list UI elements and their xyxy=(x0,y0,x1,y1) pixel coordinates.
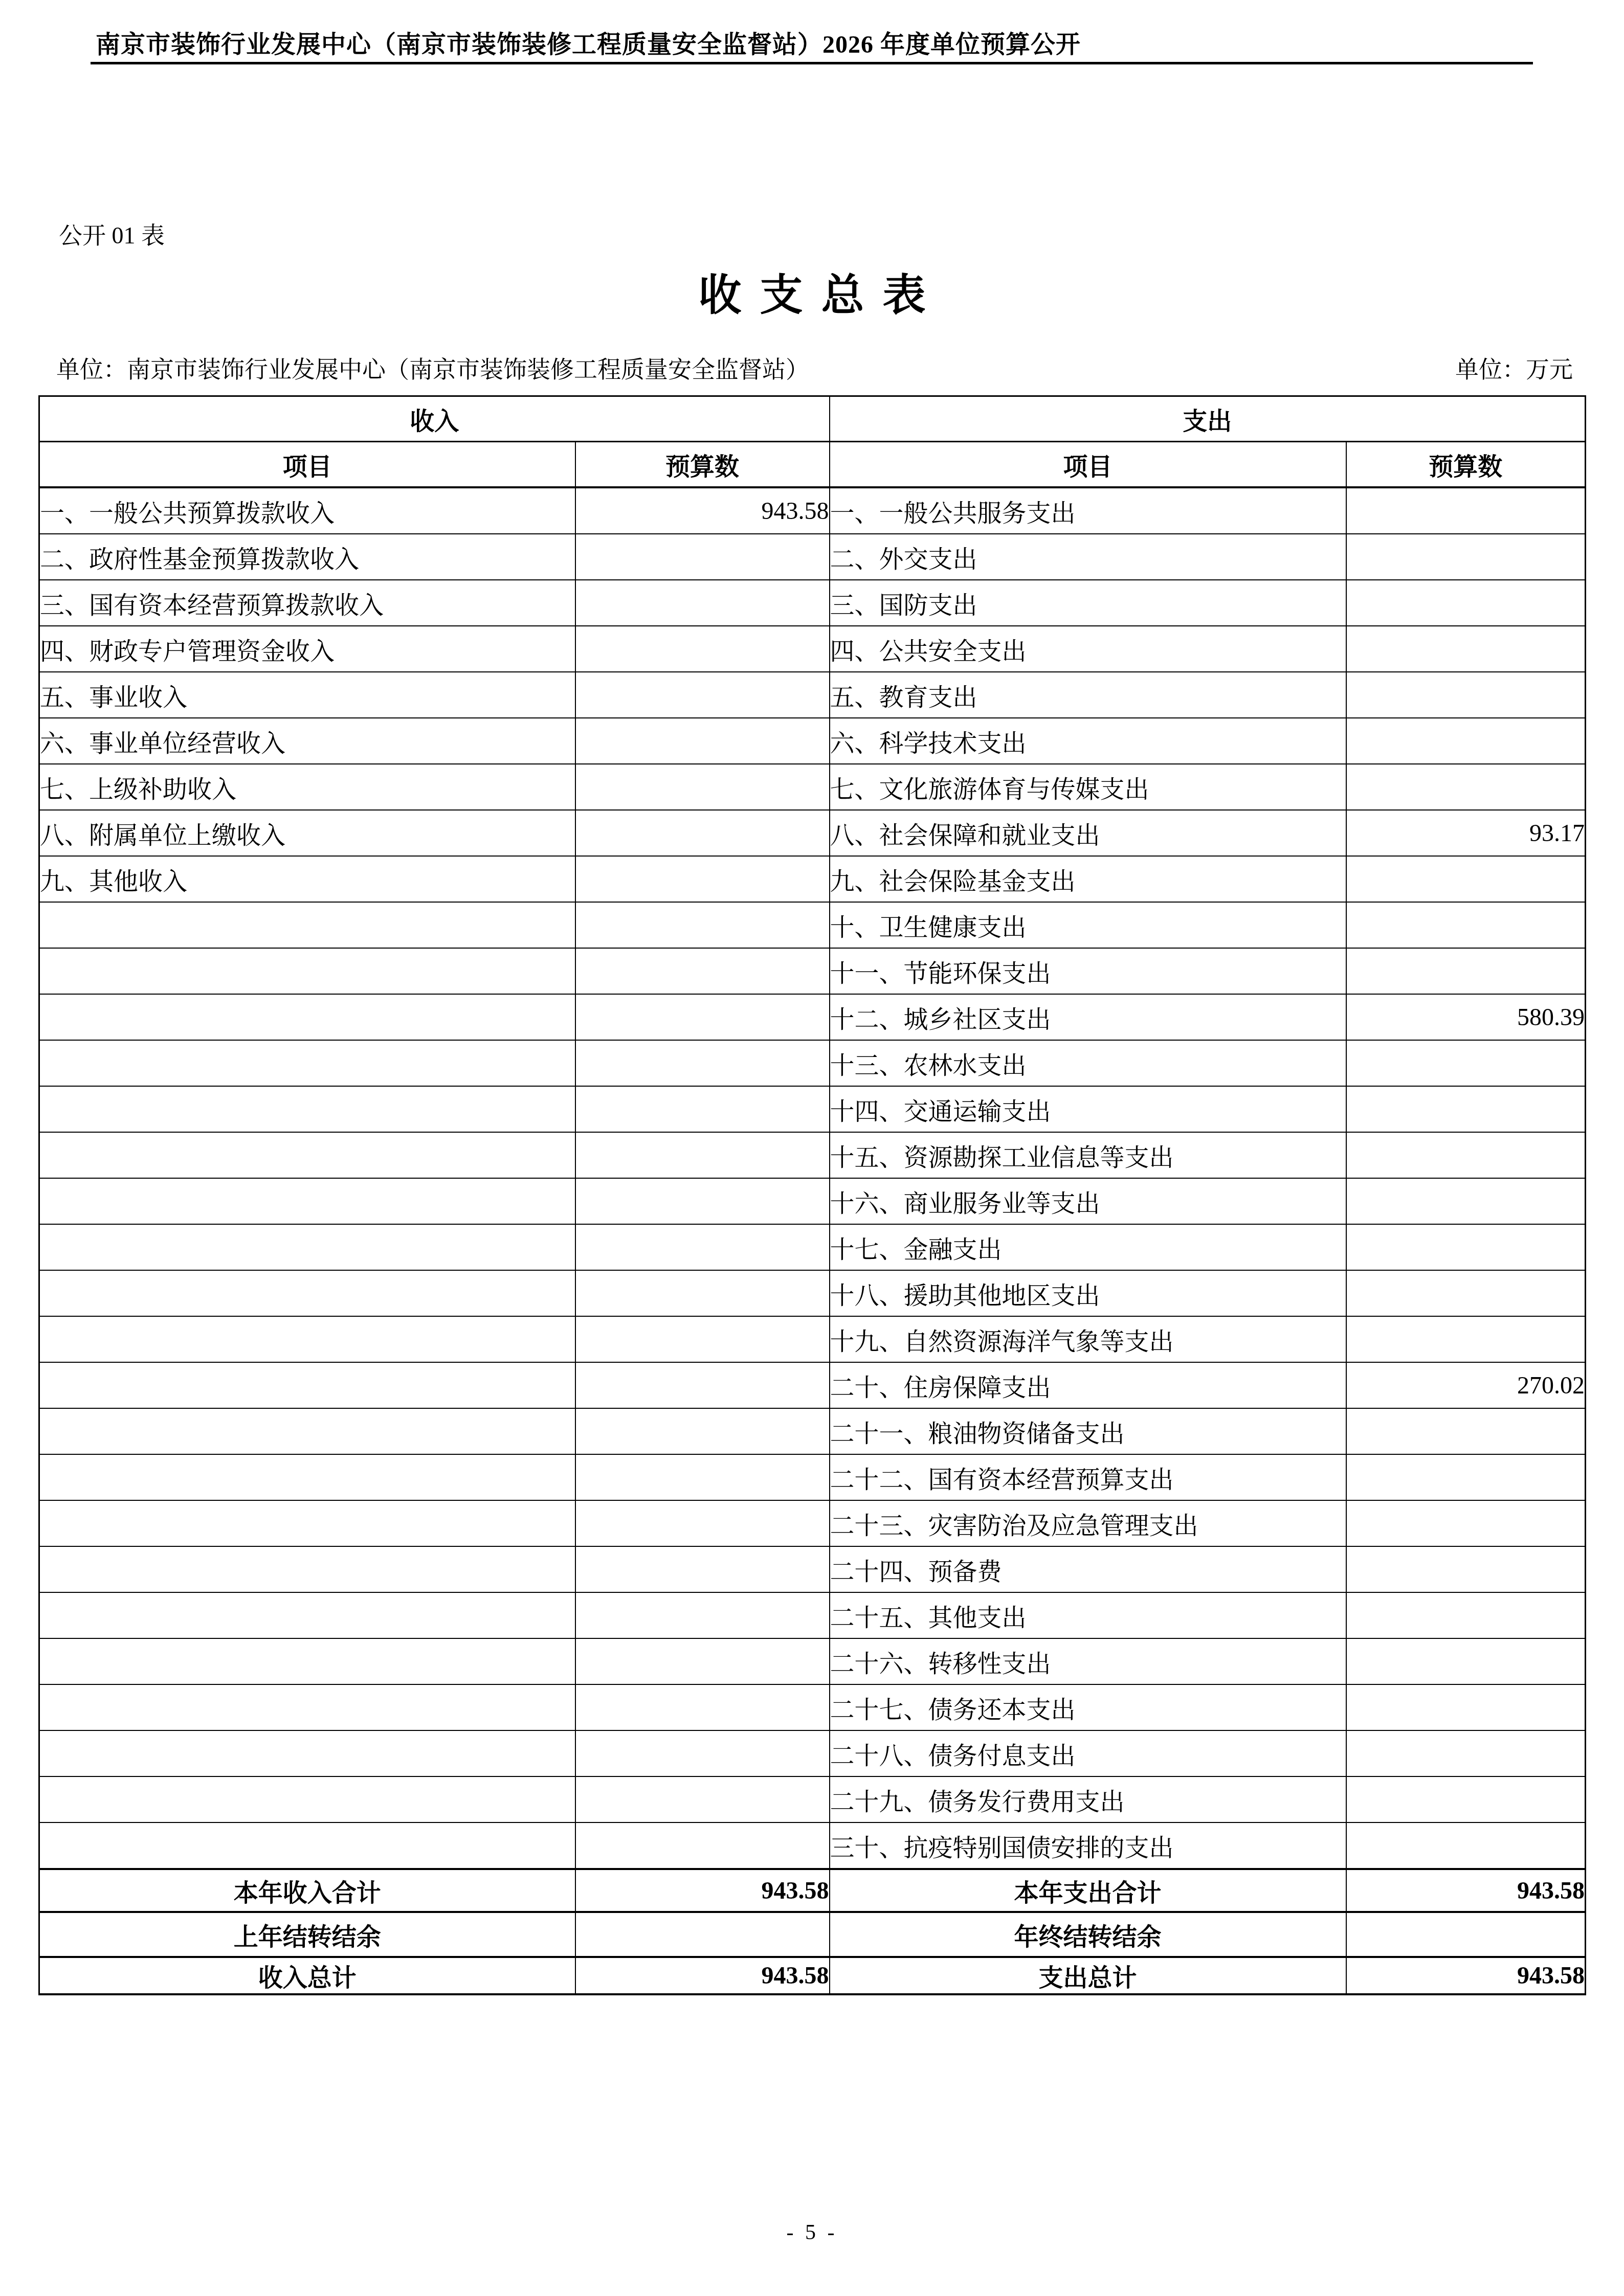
header-rule xyxy=(91,62,1533,64)
income-item-cell: 四、财政专户管理资金收入 xyxy=(39,626,575,672)
expenditure-value-cell xyxy=(1346,948,1586,994)
summary-expenditure-label: 本年支出合计 xyxy=(830,1869,1346,1912)
income-item-cell: 二、政府性基金预算拨款收入 xyxy=(39,534,575,580)
income-item-cell xyxy=(39,1454,575,1500)
income-value-cell xyxy=(575,1040,830,1086)
table-row: 二十七、债务还本支出 xyxy=(39,1684,1586,1730)
table-row: 二十三、灾害防治及应急管理支出 xyxy=(39,1500,1586,1546)
summary-income-value: 943.58 xyxy=(575,1957,830,1994)
expenditure-value-cell xyxy=(1346,1500,1586,1546)
income-value-cell xyxy=(575,580,830,626)
income-value-cell xyxy=(575,1638,830,1684)
table-row: 十八、援助其他地区支出 xyxy=(39,1270,1586,1316)
expenditure-value-cell xyxy=(1346,1040,1586,1086)
expenditure-value-cell xyxy=(1346,1178,1586,1224)
table-row: 一、一般公共预算拨款收入943.58一、一般公共服务支出 xyxy=(39,487,1586,534)
income-item-cell: 八、附属单位上缴收入 xyxy=(39,810,575,856)
table-row: 二十五、其他支出 xyxy=(39,1592,1586,1638)
expenditure-value-cell xyxy=(1346,534,1586,580)
expenditure-item-cell: 二十三、灾害防治及应急管理支出 xyxy=(830,1500,1346,1546)
expenditure-value-cell xyxy=(1346,1592,1586,1638)
unit-name-label: 单位：南京市装饰行业发展中心（南京市装饰装修工程质量安全监督站） xyxy=(56,351,809,385)
table-row: 十五、资源勘探工业信息等支出 xyxy=(39,1132,1586,1178)
income-item-cell xyxy=(39,1822,575,1869)
income-value-cell xyxy=(575,994,830,1040)
expenditure-value-cell xyxy=(1346,672,1586,718)
expenditure-item-cell: 十八、援助其他地区支出 xyxy=(830,1270,1346,1316)
income-value-cell xyxy=(575,626,830,672)
income-value-cell xyxy=(575,1086,830,1132)
table-row: 二十八、债务付息支出 xyxy=(39,1730,1586,1776)
income-value-cell xyxy=(575,534,830,580)
income-item-cell xyxy=(39,1362,575,1408)
expenditure-value-cell xyxy=(1346,1454,1586,1500)
income-value-cell xyxy=(575,1270,830,1316)
expenditure-item-cell: 十三、农林水支出 xyxy=(830,1040,1346,1086)
summary-expenditure-value: 943.58 xyxy=(1346,1869,1586,1912)
income-value-cell xyxy=(575,1454,830,1500)
expenditure-item-cell: 四、公共安全支出 xyxy=(830,626,1346,672)
summary-expenditure-label: 年终结转结余 xyxy=(830,1912,1346,1957)
expenditure-value-cell xyxy=(1346,626,1586,672)
table-row: 六、事业单位经营收入六、科学技术支出 xyxy=(39,718,1586,764)
expenditure-item-cell: 三、国防支出 xyxy=(830,580,1346,626)
summary-income-value: 943.58 xyxy=(575,1869,830,1912)
expenditure-value-cell xyxy=(1346,487,1586,534)
expenditure-item-cell: 二十六、转移性支出 xyxy=(830,1638,1346,1684)
income-value-cell xyxy=(575,718,830,764)
income-item-cell xyxy=(39,1086,575,1132)
page-number: - 5 - xyxy=(0,2220,1624,2245)
table-row: 二十二、国有资本经营预算支出 xyxy=(39,1454,1586,1500)
table-row: 十四、交通运输支出 xyxy=(39,1086,1586,1132)
table-row: 十六、商业服务业等支出 xyxy=(39,1178,1586,1224)
expenditure-value-cell xyxy=(1346,1086,1586,1132)
income-value-cell xyxy=(575,1132,830,1178)
expenditure-value-cell xyxy=(1346,1638,1586,1684)
table-row: 二十九、债务发行费用支出 xyxy=(39,1776,1586,1822)
expenditure-value-cell xyxy=(1346,1776,1586,1822)
summary-expenditure-value: 943.58 xyxy=(1346,1957,1586,1994)
expenditure-value-cell: 270.02 xyxy=(1346,1362,1586,1408)
summary-row: 本年收入合计943.58本年支出合计943.58 xyxy=(39,1869,1586,1912)
income-item-cell: 六、事业单位经营收入 xyxy=(39,718,575,764)
expenditure-item-cell: 五、教育支出 xyxy=(830,672,1346,718)
income-item-cell xyxy=(39,1040,575,1086)
income-item-header: 项目 xyxy=(39,442,575,488)
unit-currency-label: 单位：万元 xyxy=(1455,351,1573,385)
income-item-cell xyxy=(39,1776,575,1822)
expenditure-item-cell: 十九、自然资源海洋气象等支出 xyxy=(830,1316,1346,1362)
expenditure-value-cell xyxy=(1346,1408,1586,1454)
income-budget-header: 预算数 xyxy=(575,442,830,488)
income-item-cell xyxy=(39,1224,575,1270)
income-item-cell: 五、事业收入 xyxy=(39,672,575,718)
table-row: 二十六、转移性支出 xyxy=(39,1638,1586,1684)
income-value-cell xyxy=(575,902,830,948)
income-value-cell xyxy=(575,1362,830,1408)
expenditure-value-cell xyxy=(1346,1224,1586,1270)
budget-table: 收入 支出 项目 预算数 项目 预算数 一、一般公共预算拨款收入943.58一、… xyxy=(38,395,1586,1995)
expenditure-item-cell: 二十二、国有资本经营预算支出 xyxy=(830,1454,1346,1500)
document-header: 南京市装饰行业发展中心（南京市装饰装修工程质量安全监督站）2026 年度单位预算… xyxy=(96,25,1081,60)
income-value-cell xyxy=(575,1730,830,1776)
table-label: 公开 01 表 xyxy=(59,217,165,251)
summary-expenditure-label: 支出总计 xyxy=(830,1957,1346,1994)
income-value-cell xyxy=(575,948,830,994)
income-item-cell xyxy=(39,1270,575,1316)
table-row: 十七、金融支出 xyxy=(39,1224,1586,1270)
table-row: 十一、节能环保支出 xyxy=(39,948,1586,994)
expenditure-budget-header: 预算数 xyxy=(1346,442,1586,488)
income-value-cell xyxy=(575,1316,830,1362)
table-row: 十、卫生健康支出 xyxy=(39,902,1586,948)
table-row: 二、政府性基金预算拨款收入二、外交支出 xyxy=(39,534,1586,580)
summary-income-value xyxy=(575,1912,830,1957)
income-item-cell xyxy=(39,1178,575,1224)
expenditure-value-cell xyxy=(1346,1546,1586,1592)
table-row: 五、事业收入五、教育支出 xyxy=(39,672,1586,718)
expenditure-value-cell xyxy=(1346,1684,1586,1730)
page-title: 收支总表 xyxy=(0,261,1624,323)
summary-income-label: 本年收入合计 xyxy=(39,1869,575,1912)
income-item-cell xyxy=(39,1638,575,1684)
income-value-cell xyxy=(575,1776,830,1822)
expenditure-item-cell: 十、卫生健康支出 xyxy=(830,902,1346,948)
expenditure-item-cell: 九、社会保险基金支出 xyxy=(830,856,1346,902)
expenditure-value-cell xyxy=(1346,902,1586,948)
income-item-cell: 九、其他收入 xyxy=(39,856,575,902)
income-value-cell xyxy=(575,1500,830,1546)
expenditure-item-cell: 七、文化旅游体育与传媒支出 xyxy=(830,764,1346,810)
expenditure-value-cell xyxy=(1346,1730,1586,1776)
income-value-cell xyxy=(575,1822,830,1869)
income-value-cell: 943.58 xyxy=(575,487,830,534)
table-row: 二十、住房保障支出270.02 xyxy=(39,1362,1586,1408)
income-item-cell xyxy=(39,948,575,994)
expenditure-value-cell xyxy=(1346,718,1586,764)
expenditure-item-cell: 二十一、粮油物资储备支出 xyxy=(830,1408,1346,1454)
income-item-cell xyxy=(39,1684,575,1730)
table-row: 三、国有资本经营预算拨款收入三、国防支出 xyxy=(39,580,1586,626)
summary-income-label: 上年结转结余 xyxy=(39,1912,575,1957)
expenditure-item-cell: 一、一般公共服务支出 xyxy=(830,487,1346,534)
expenditure-value-cell: 93.17 xyxy=(1346,810,1586,856)
expenditure-value-cell xyxy=(1346,1316,1586,1362)
expenditure-item-header: 项目 xyxy=(830,442,1346,488)
expenditure-section-header: 支出 xyxy=(830,396,1586,442)
table-row: 三十、抗疫特别国债安排的支出 xyxy=(39,1822,1586,1869)
income-item-cell xyxy=(39,1316,575,1362)
income-item-cell xyxy=(39,1592,575,1638)
table-row: 九、其他收入九、社会保险基金支出 xyxy=(39,856,1586,902)
expenditure-value-cell xyxy=(1346,1822,1586,1869)
income-value-cell xyxy=(575,810,830,856)
income-section-header: 收入 xyxy=(39,396,830,442)
summary-row: 收入总计943.58支出总计943.58 xyxy=(39,1957,1586,1994)
summary-row: 上年结转结余年终结转结余 xyxy=(39,1912,1586,1957)
summary-income-label: 收入总计 xyxy=(39,1957,575,1994)
unit-row: 单位：南京市装饰行业发展中心（南京市装饰装修工程质量安全监督站） 单位：万元 xyxy=(56,351,1573,385)
expenditure-value-cell: 580.39 xyxy=(1346,994,1586,1040)
expenditure-item-cell: 十七、金融支出 xyxy=(830,1224,1346,1270)
expenditure-item-cell: 十一、节能环保支出 xyxy=(830,948,1346,994)
expenditure-item-cell: 二十四、预备费 xyxy=(830,1546,1346,1592)
expenditure-item-cell: 二十九、债务发行费用支出 xyxy=(830,1776,1346,1822)
expenditure-item-cell: 六、科学技术支出 xyxy=(830,718,1346,764)
income-item-cell xyxy=(39,902,575,948)
income-item-cell xyxy=(39,1132,575,1178)
expenditure-item-cell: 十二、城乡社区支出 xyxy=(830,994,1346,1040)
income-value-cell xyxy=(575,1178,830,1224)
income-item-cell: 一、一般公共预算拨款收入 xyxy=(39,487,575,534)
table-row: 二十一、粮油物资储备支出 xyxy=(39,1408,1586,1454)
income-value-cell xyxy=(575,764,830,810)
expenditure-item-cell: 十四、交通运输支出 xyxy=(830,1086,1346,1132)
expenditure-item-cell: 二十八、债务付息支出 xyxy=(830,1730,1346,1776)
income-item-cell xyxy=(39,1546,575,1592)
table-row: 七、上级补助收入七、文化旅游体育与传媒支出 xyxy=(39,764,1586,810)
summary-expenditure-value xyxy=(1346,1912,1586,1957)
table-row: 十三、农林水支出 xyxy=(39,1040,1586,1086)
expenditure-item-cell: 二十七、债务还本支出 xyxy=(830,1684,1346,1730)
expenditure-item-cell: 二、外交支出 xyxy=(830,534,1346,580)
expenditure-item-cell: 十六、商业服务业等支出 xyxy=(830,1178,1346,1224)
table-row: 十九、自然资源海洋气象等支出 xyxy=(39,1316,1586,1362)
income-item-cell xyxy=(39,994,575,1040)
income-value-cell xyxy=(575,1684,830,1730)
income-value-cell xyxy=(575,1408,830,1454)
expenditure-value-cell xyxy=(1346,1270,1586,1316)
income-value-cell xyxy=(575,856,830,902)
expenditure-value-cell xyxy=(1346,580,1586,626)
income-item-cell xyxy=(39,1408,575,1454)
expenditure-item-cell: 三十、抗疫特别国债安排的支出 xyxy=(830,1822,1346,1869)
expenditure-item-cell: 十五、资源勘探工业信息等支出 xyxy=(830,1132,1346,1178)
table-row: 十二、城乡社区支出580.39 xyxy=(39,994,1586,1040)
table-row: 四、财政专户管理资金收入四、公共安全支出 xyxy=(39,626,1586,672)
expenditure-item-cell: 二十、住房保障支出 xyxy=(830,1362,1346,1408)
income-item-cell: 三、国有资本经营预算拨款收入 xyxy=(39,580,575,626)
expenditure-item-cell: 二十五、其他支出 xyxy=(830,1592,1346,1638)
income-value-cell xyxy=(575,1224,830,1270)
income-item-cell xyxy=(39,1730,575,1776)
income-value-cell xyxy=(575,1592,830,1638)
table-section-header-row: 收入 支出 xyxy=(39,396,1586,442)
income-value-cell xyxy=(575,1546,830,1592)
table-row: 二十四、预备费 xyxy=(39,1546,1586,1592)
table-row: 八、附属单位上缴收入八、社会保障和就业支出93.17 xyxy=(39,810,1586,856)
income-item-cell: 七、上级补助收入 xyxy=(39,764,575,810)
expenditure-item-cell: 八、社会保障和就业支出 xyxy=(830,810,1346,856)
expenditure-value-cell xyxy=(1346,764,1586,810)
expenditure-value-cell xyxy=(1346,1132,1586,1178)
table-column-header-row: 项目 预算数 项目 预算数 xyxy=(39,442,1586,488)
income-item-cell xyxy=(39,1500,575,1546)
expenditure-value-cell xyxy=(1346,856,1586,902)
income-value-cell xyxy=(575,672,830,718)
